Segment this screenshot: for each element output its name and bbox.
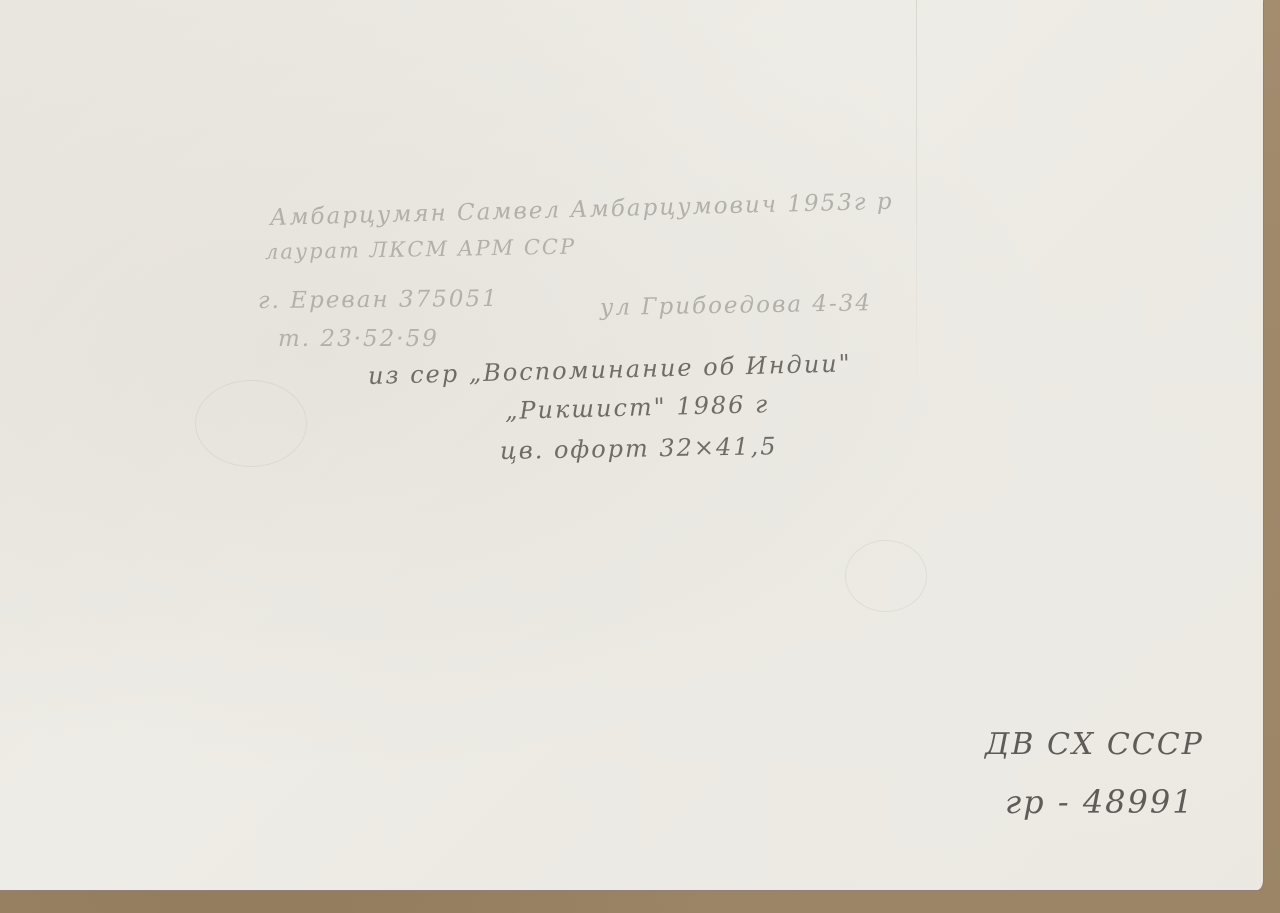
series-inscription: из сер „Воспоминание об Индии": [368, 349, 852, 390]
paper-smudge: [195, 380, 307, 467]
paper-smudge: [845, 540, 927, 612]
inventory-number-inscription: гр - 48991: [1005, 783, 1195, 821]
address-street-inscription: ул Грибоедова 4-34: [600, 290, 872, 321]
technique-inscription: цв. офорт 32×41,5: [500, 432, 778, 465]
paper-crease: [916, 0, 917, 430]
phone-inscription: т. 23·52·59: [278, 326, 439, 352]
artist-name-inscription: Амбарцумян Самвел Амбарцумович 1953г р: [270, 189, 894, 231]
inventory-org-inscription: ДВ СХ СССР: [985, 727, 1204, 762]
address-city-inscription: г. Ереван 375051: [258, 286, 499, 314]
title-inscription: „Рикшист" 1986 г: [505, 390, 770, 425]
laureate-inscription: лаурат ЛКСМ АРМ ССР: [265, 235, 576, 264]
paper-sheet: Амбарцумян Самвел Амбарцумович 1953г р л…: [0, 0, 1263, 890]
